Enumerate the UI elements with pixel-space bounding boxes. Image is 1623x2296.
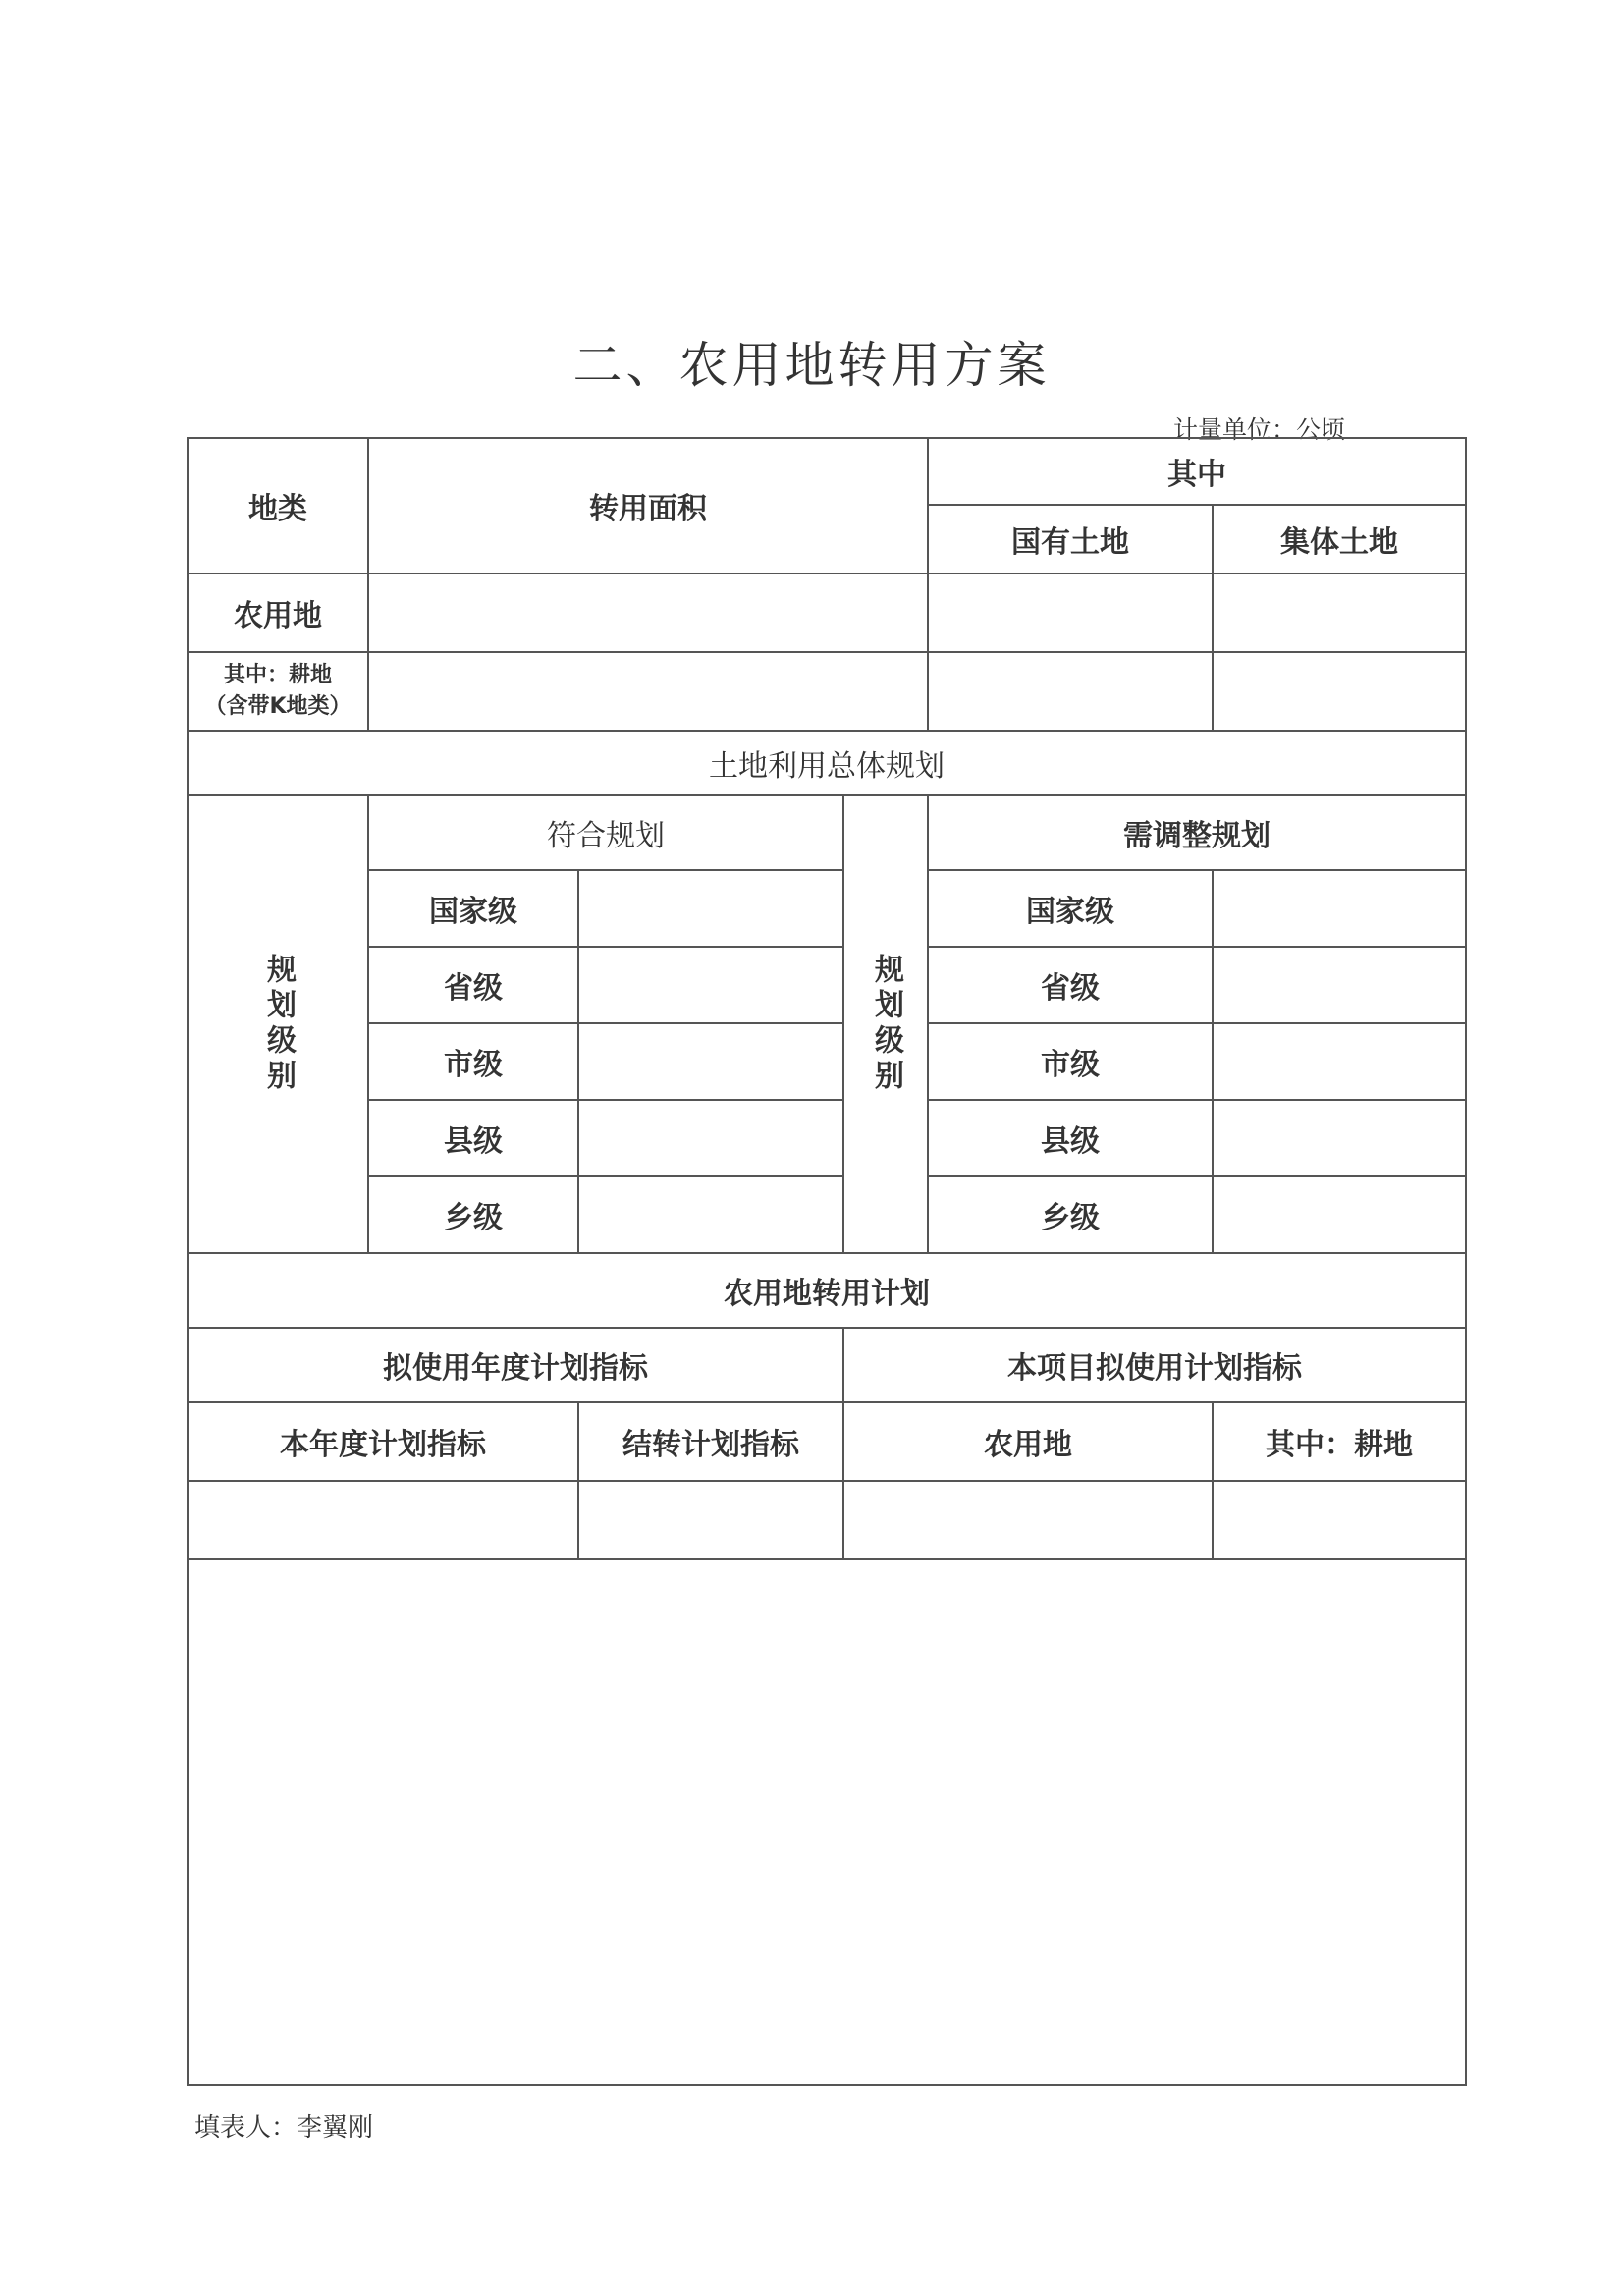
header-land-type: 地类: [188, 438, 368, 574]
right-level-city: 市级: [928, 1023, 1213, 1100]
left-level-city-field[interactable]: [578, 1023, 843, 1100]
overall-plan-heading: 土地利用总体规划: [188, 731, 1466, 795]
right-level-provincial: 省级: [928, 947, 1213, 1023]
right-level-national-field[interactable]: [1213, 870, 1466, 947]
col-current-year-index: 本年度计划指标: [188, 1402, 578, 1481]
right-level-township-field[interactable]: [1213, 1176, 1466, 1253]
agricultural-land-area-field[interactable]: [368, 574, 928, 652]
compliant-plan-heading: 符合规划: [368, 795, 843, 870]
cultivated-land-state-field[interactable]: [928, 652, 1213, 731]
project-plan-index-group: 本项目拟使用计划指标: [843, 1328, 1466, 1402]
left-level-county-field[interactable]: [578, 1100, 843, 1176]
header-collective-land: 集体土地: [1213, 505, 1466, 574]
right-plan-level-label: 规划级别: [843, 795, 928, 1253]
left-level-provincial-field[interactable]: [578, 947, 843, 1023]
header-state-land: 国有土地: [928, 505, 1213, 574]
conversion-plan-heading: 农用地转用计划: [188, 1253, 1466, 1328]
left-plan-level-label: 规划级别: [188, 795, 368, 1253]
conversion-form-table: 地类 转用面积 其中 国有土地 集体土地 农用地 其中：耕地 （含带K地类） 土…: [187, 437, 1467, 2086]
agricultural-land-index-field[interactable]: [843, 1481, 1213, 1559]
remarks-area[interactable]: [188, 1559, 1466, 2085]
row-label-cultivated-line1: 其中：耕地: [189, 660, 367, 691]
left-level-city: 市级: [368, 1023, 578, 1100]
right-level-city-field[interactable]: [1213, 1023, 1466, 1100]
header-converted-area: 转用面积: [368, 438, 928, 574]
right-level-national: 国家级: [928, 870, 1213, 947]
header-of-which: 其中: [928, 438, 1466, 505]
right-level-provincial-field[interactable]: [1213, 947, 1466, 1023]
agricultural-land-state-field[interactable]: [928, 574, 1213, 652]
left-level-county: 县级: [368, 1100, 578, 1176]
col-cultivated-land: 其中：耕地: [1213, 1402, 1466, 1481]
adjustment-plan-heading: 需调整规划: [928, 795, 1466, 870]
row-label-cultivated-line2: （含带K地类）: [189, 691, 367, 723]
cultivated-land-collective-field[interactable]: [1213, 652, 1466, 731]
current-year-index-field[interactable]: [188, 1481, 578, 1559]
col-carryover-index: 结转计划指标: [578, 1402, 843, 1481]
row-label-agricultural-land: 农用地: [188, 574, 368, 652]
right-level-county-field[interactable]: [1213, 1100, 1466, 1176]
carryover-index-field[interactable]: [578, 1481, 843, 1559]
col-agricultural-land: 农用地: [843, 1402, 1213, 1481]
agricultural-land-collective-field[interactable]: [1213, 574, 1466, 652]
right-level-county: 县级: [928, 1100, 1213, 1176]
form-filler-signature: 填表人：李翼刚: [194, 2107, 373, 2144]
annual-plan-index-group: 拟使用年度计划指标: [188, 1328, 843, 1402]
left-level-national: 国家级: [368, 870, 578, 947]
cultivated-land-area-field[interactable]: [368, 652, 928, 731]
left-level-national-field[interactable]: [578, 870, 843, 947]
left-level-township: 乡级: [368, 1176, 578, 1253]
cultivated-land-index-field[interactable]: [1213, 1481, 1466, 1559]
left-level-provincial: 省级: [368, 947, 578, 1023]
left-level-township-field[interactable]: [578, 1176, 843, 1253]
right-level-township: 乡级: [928, 1176, 1213, 1253]
page-title: 二、农用地转用方案: [0, 326, 1623, 397]
row-label-cultivated-land: 其中：耕地 （含带K地类）: [188, 652, 368, 731]
